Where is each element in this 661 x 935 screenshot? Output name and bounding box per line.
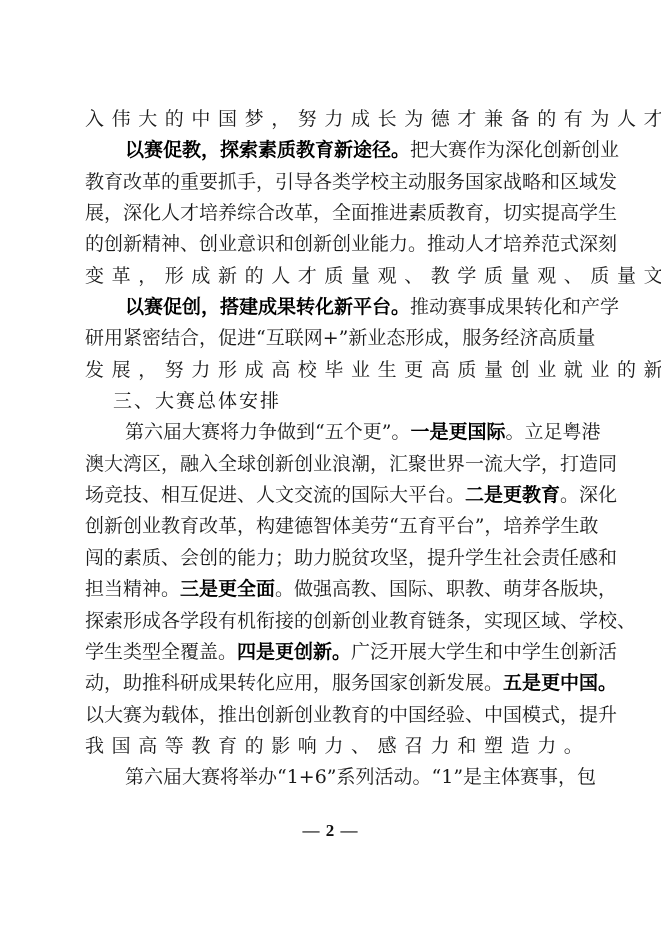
text-line: 学生类型全覆盖。四是更创新。广泛开展大学生和中学生创新活: [85, 637, 575, 668]
page-number: — 2 —: [0, 821, 661, 841]
text-segment: 。立足粤港: [505, 421, 600, 443]
bold-phrase: 以赛促教，探索素质教育新途径。: [125, 139, 410, 161]
text-line: 担当精神。三是更全面。做强高教、国际、职教、萌芽各版块，: [85, 574, 575, 605]
text-segment: 澳大湾区，融入全球创新创业浪潮，汇聚世界一流大学，打造同: [85, 453, 617, 475]
text-segment: 展，深化人才培养综合改革，全面推进素质教育，切实提高学生: [85, 202, 617, 224]
text-line: 第六届大赛将力争做到“五个更”。一是更国际。立足粤港: [85, 417, 575, 448]
text-segment: 。深化: [560, 484, 617, 506]
text-line: 澳大湾区，融入全球创新创业浪潮，汇聚世界一流大学，打造同: [85, 449, 575, 480]
text-segment: 我国高等教育的影响力、感召力和塑造力。: [85, 735, 590, 757]
text-line: 闯的素质、会创的能力；助力脱贫攻坚，提升学生社会责任感和: [85, 543, 575, 574]
text-line: 发展，努力形成高校毕业生更高质量创业就业的新局面。: [85, 355, 575, 386]
text-segment: 学生类型全覆盖。: [85, 641, 237, 663]
bold-phrase: 以赛促创，搭建成果转化新平台。: [125, 296, 410, 318]
text-segment: 研用紧密结合，促进“互联网+”新业态形成，服务经济高质量: [85, 327, 595, 349]
text-segment: 入伟大的中国梦，努力成长为德才兼备的有为人才。: [85, 108, 661, 130]
text-line: 第六届大赛将举办“1+6”系列活动。“1”是主体赛事，包: [85, 762, 575, 793]
text-segment: 闯的素质、会创的能力；助力脱贫攻坚，提升学生社会责任感和: [85, 547, 617, 569]
text-segment: 场竞技、相互促进、人文交流的国际大平台。: [85, 484, 465, 506]
text-segment: 第六届大赛将举办“1+6”系列活动。“1”是主体赛事，包: [125, 766, 596, 788]
text-line: 变革，形成新的人才质量观、教学质量观、质量文化观。: [85, 261, 575, 292]
section-heading: 三、大赛总体安排: [85, 386, 575, 417]
text-segment: 第六届大赛将力争做到“五个更”。: [125, 421, 410, 443]
bold-phrase: 三是更全面: [180, 578, 275, 600]
text-segment: 担当精神。: [85, 578, 180, 600]
text-segment: 发展，努力形成高校毕业生更高质量创业就业的新局面。: [85, 359, 661, 381]
bold-phrase: 一是更国际: [410, 421, 505, 443]
document-body: 入伟大的中国梦，努力成长为德才兼备的有为人才。以赛促教，探索素质教育新途径。把大…: [85, 104, 575, 794]
text-segment: 教育改革的重要抓手，引导各类学校主动服务国家战略和区域发: [85, 171, 617, 193]
text-line: 动，助推科研成果转化应用，服务国家创新发展。五是更中国。: [85, 668, 575, 699]
text-line: 教育改革的重要抓手，引导各类学校主动服务国家战略和区域发: [85, 167, 575, 198]
bold-phrase: 二是更教育: [465, 484, 560, 506]
text-line: 的创新精神、创业意识和创新创业能力。推动人才培养范式深刻: [85, 229, 575, 260]
bold-phrase: 五是更中国。: [503, 672, 617, 694]
text-line: 以赛促教，探索素质教育新途径。把大赛作为深化创新创业: [85, 135, 575, 166]
document-page: 入伟大的中国梦，努力成长为德才兼备的有为人才。以赛促教，探索素质教育新途径。把大…: [0, 0, 661, 935]
text-line: 创新创业教育改革，构建德智体美劳“五育平台”，培养学生敢: [85, 511, 575, 542]
text-line: 场竞技、相互促进、人文交流的国际大平台。二是更教育。深化: [85, 480, 575, 511]
text-segment: 推动赛事成果转化和产学: [410, 296, 619, 318]
text-segment: 探索形成各学段有机衔接的创新创业教育链条，实现区域、学校、: [85, 610, 636, 632]
text-segment: 以大赛为载体，推出创新创业教育的中国经验、中国模式，提升: [85, 704, 617, 726]
bold-phrase: 四是更创新。: [237, 641, 351, 663]
text-line: 展，深化人才培养综合改革，全面推进素质教育，切实提高学生: [85, 198, 575, 229]
text-segment: 创新创业教育改革，构建德智体美劳“五育平台”，培养学生敢: [85, 515, 598, 537]
text-line: 研用紧密结合，促进“互联网+”新业态形成，服务经济高质量: [85, 323, 575, 354]
text-line: 我国高等教育的影响力、感召力和塑造力。: [85, 731, 575, 762]
text-segment: 。做强高教、国际、职教、萌芽各版块，: [275, 578, 617, 600]
text-segment: 的创新精神、创业意识和创新创业能力。推动人才培养范式深刻: [85, 233, 617, 255]
text-segment: 把大赛作为深化创新创业: [410, 139, 619, 161]
text-line: 入伟大的中国梦，努力成长为德才兼备的有为人才。: [85, 104, 575, 135]
text-segment: 三、大赛总体安排: [113, 390, 281, 412]
text-segment: 动，助推科研成果转化应用，服务国家创新发展。: [85, 672, 503, 694]
text-line: 探索形成各学段有机衔接的创新创业教育链条，实现区域、学校、: [85, 606, 575, 637]
text-line: 以赛促创，搭建成果转化新平台。推动赛事成果转化和产学: [85, 292, 575, 323]
text-segment: 广泛开展大学生和中学生创新活: [351, 641, 617, 663]
text-line: 以大赛为载体，推出创新创业教育的中国经验、中国模式，提升: [85, 700, 575, 731]
text-segment: 变革，形成新的人才质量观、教学质量观、质量文化观。: [85, 265, 661, 287]
